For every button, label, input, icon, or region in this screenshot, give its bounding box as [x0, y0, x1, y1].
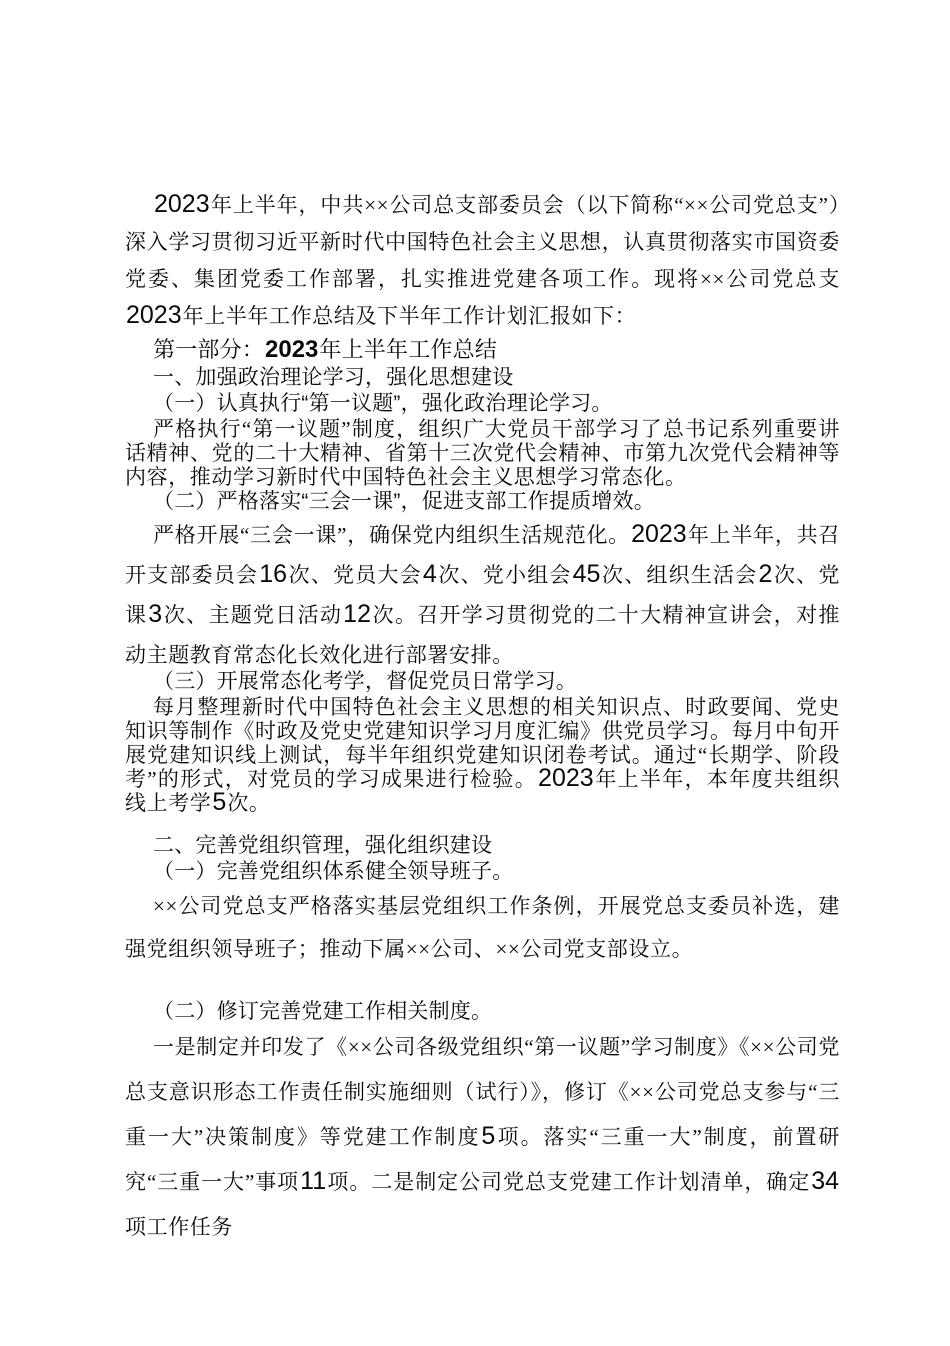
document-body: 2023年上半年，中共××公司总支部委员会（以下简称“××公司党总支”）深入学习…: [125, 0, 840, 1250]
section2-sub1-heading: （一）完善党组织体系健全领导班子。: [125, 859, 840, 885]
section2-sub2-heading: （二）修订完善党建工作相关制度。: [125, 999, 840, 1025]
part1-heading: 第一部分：2023年上半年工作总结: [125, 335, 840, 365]
document-page: 2023年上半年，中共××公司总支部委员会（以下简称“××公司党总支”）深入学习…: [0, 0, 950, 1346]
section1-sub3-body: 每月整理新时代中国特色社会主义思想的相关知识点、时政要闻、党史知识等制作《时政及…: [125, 695, 840, 815]
section1-sub1-heading: （一）认真执行“第一议题”，强化政治理论学习。: [125, 391, 840, 417]
section1-sub3-heading: （三）开展常态化考学，督促党员日常学习。: [125, 669, 840, 695]
section1-sub2-heading: （二）严格落实“三会一课”，促进支部工作提质增效。: [125, 489, 840, 515]
section1-sub2-body: 严格开展“三会一课”，确保党内组织生活规范化。2023年上半年，共召开支部委员会…: [125, 515, 840, 675]
section1-sub1-body: 严格执行“第一议题”制度，组织广大党员干部学习了总书记系列重要讲话精神、党的二十…: [125, 417, 840, 489]
section1-heading: 一、加强政治理论学习，强化思想建设: [125, 365, 840, 391]
section2-sub2-body: 一是制定并印发了《××公司各级党组织“第一议题”学习制度》《××公司党总支意识形…: [125, 1025, 840, 1250]
intro-paragraph: 2023年上半年，中共××公司总支部委员会（以下简称“××公司党总支”）深入学习…: [125, 187, 840, 335]
section2-sub1-body: ××公司党总支严格落实基层党组织工作条例，开展党总支委员补选，建强党组织领导班子…: [125, 885, 840, 971]
section2-heading: 二、完善党组织管理，强化组织建设: [125, 833, 840, 859]
